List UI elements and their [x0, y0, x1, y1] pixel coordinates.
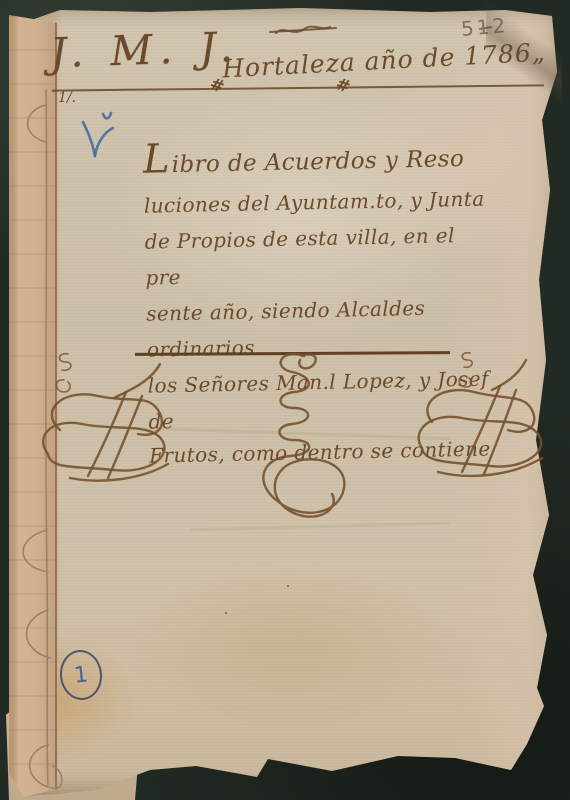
- title-line: de Propios de esta villa, en el pre: [144, 216, 497, 295]
- quire-mark: 1/.: [58, 90, 76, 106]
- jmj-monogram: J. M. J.: [49, 23, 240, 78]
- left-rubric-icon: [30, 352, 190, 492]
- blue-crayon-mark-icon: [75, 108, 121, 160]
- right-rubric-icon: [408, 350, 558, 490]
- title-line: Libro de Acuerdos y Reso: [143, 130, 496, 187]
- circled-page-number-value: 1: [73, 662, 90, 688]
- ink-speck: [225, 612, 227, 614]
- corner-fold-shadow: [486, 4, 562, 108]
- manuscript-photo: 512 J. M. J. Hortaleza año de 1786„ # # …: [0, 0, 570, 800]
- center-rubric-icon: [232, 350, 362, 540]
- struck-out-mark-icon: [268, 20, 340, 42]
- ink-speck: [287, 585, 289, 587]
